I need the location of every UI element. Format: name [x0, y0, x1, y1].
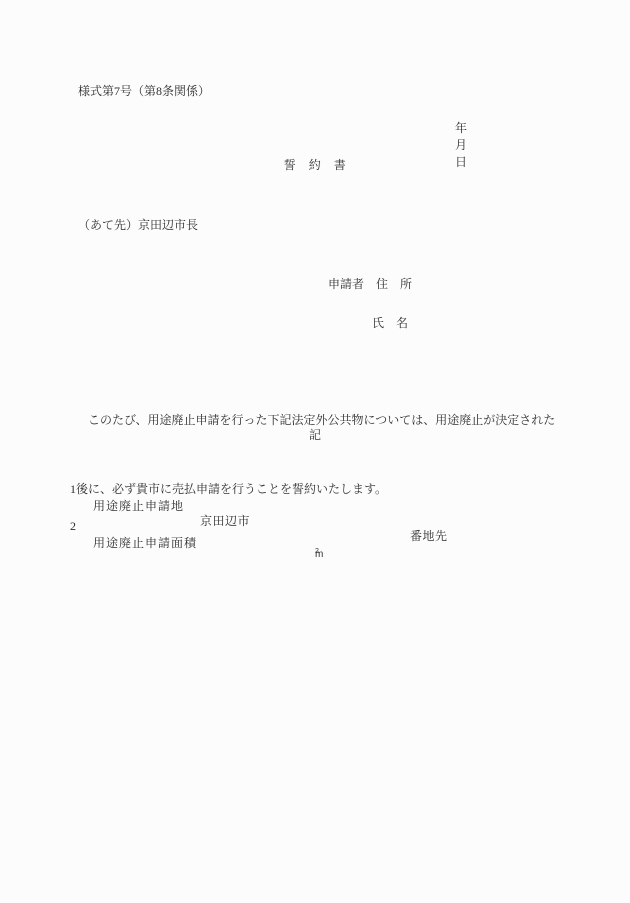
date-year-label: 年 — [455, 121, 467, 135]
item-number: 2 — [70, 519, 76, 534]
document-title: 誓 約 書 — [0, 156, 630, 173]
applicant-address-label: 申請者 住 所 — [328, 275, 412, 292]
list-item-application-area: 2 用途廃止申請面積 m2 — [0, 504, 630, 520]
item-label: 用途廃止申請面積 — [93, 534, 197, 551]
addressee-line: （あて先）京田辺市長 — [78, 216, 198, 233]
unit-exponent: 2 — [315, 548, 319, 555]
applicant-name-label: 氏 名 — [372, 314, 408, 331]
date-month-label: 月 — [455, 138, 467, 152]
list-heading-marker: 記 — [0, 426, 630, 443]
list-item-application-site: 1 用途廃止申請地 京田辺市 番地先 — [0, 467, 630, 483]
form-number: 様式第7号（第8条関係） — [78, 82, 210, 99]
area-unit: m2 — [315, 549, 319, 561]
item-lot-suffix: 番地先 — [410, 527, 448, 544]
pledge-document-page: 様式第7号（第8条関係） 年 月 日 誓 約 書 （あて先）京田辺市長 申請者 … — [0, 0, 630, 903]
item-number: 1 — [70, 482, 76, 497]
